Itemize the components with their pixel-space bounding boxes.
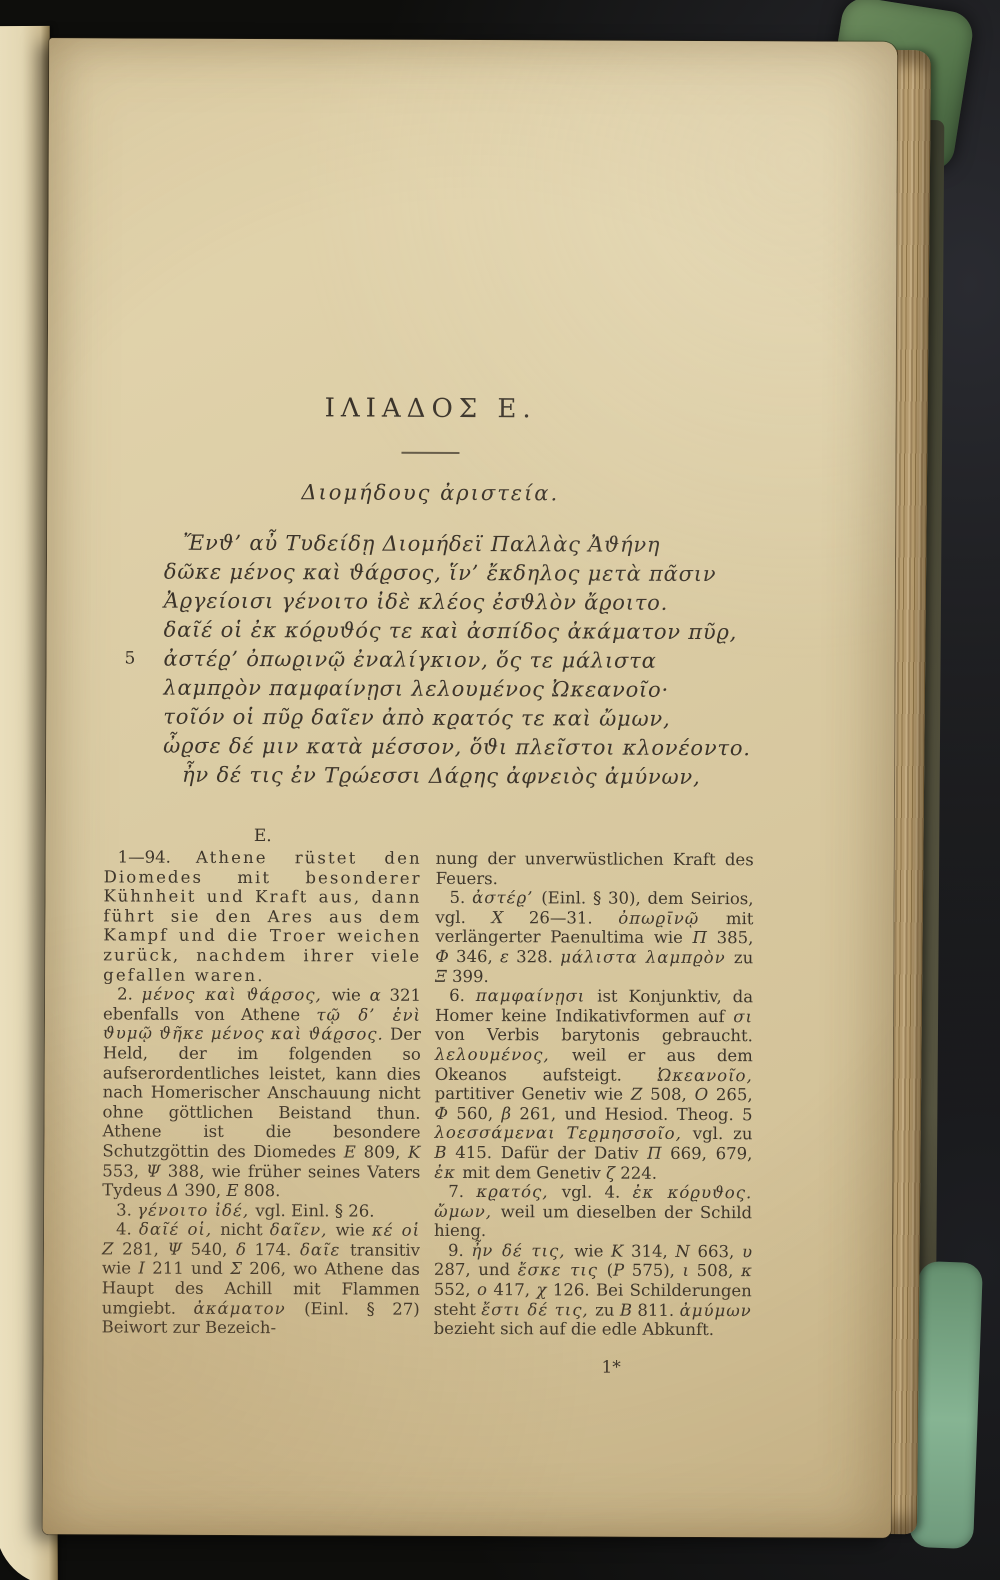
commentary-text: 811. — [632, 1300, 680, 1319]
commentary-text: 6. — [449, 986, 476, 1005]
commentary-text: Der Held, der im folgenden so aufserorde… — [102, 1025, 421, 1161]
greek-lemma: σι — [733, 1007, 753, 1026]
greek-lemma: λελουμένος, — [435, 1045, 572, 1065]
verse-line-number: 5 — [124, 644, 135, 673]
commentary-text: 508, — [689, 1261, 741, 1280]
commentary-text: 663, — [690, 1242, 742, 1261]
greek-lemma: μάλιστα λαμπϱὸν — [560, 947, 734, 967]
commentary-text: vgl. Einl. § 26. — [255, 1201, 374, 1221]
book-reference: Φ — [435, 1104, 449, 1123]
commentary-paragraph: 1—94. Athene rüstet den Diomedes mit bes… — [103, 847, 422, 986]
commentary-text: 399. — [447, 966, 489, 985]
verse-line: ὦϱσε δέ μιν κατὰ μέσσον, ὅϑι πλεῖστοι κλ… — [163, 732, 754, 764]
greek-lemma: παμφαίνῃσι — [476, 986, 598, 1006]
book-reference: N — [675, 1242, 690, 1261]
book-photo-scene: ΙΛΙΑΔΟΣ Ε. Διομήδους ἀριστεία. Ἔνϑ’ αὖ Τ… — [0, 0, 1000, 1580]
book-reference: Δ — [167, 1181, 179, 1200]
commentary-text: 224. — [615, 1163, 657, 1182]
commentary-paragraph: nung der unverwüstlichen Kraft des Feuer… — [436, 849, 754, 890]
commentary-paragraph: 2. μένος καὶ ϑάϱσος, wie α 321 ebenfalls… — [102, 985, 421, 1202]
commentary-text: von Verbis barytonis gebraucht. — [435, 1025, 753, 1045]
commentary-text: wie — [336, 1221, 372, 1240]
commentary-paragraph: 4. δαῖέ οἱ, nicht δαῖεν, wie κέ οἱ Z 281… — [102, 1220, 421, 1339]
greek-lemma: ἐκ — [434, 1162, 462, 1181]
commentary-text: 669, 679, — [661, 1144, 752, 1163]
commentary-text: 553, — [102, 1161, 146, 1180]
commentary-text: 314, — [623, 1242, 675, 1261]
commentary-text: 281, — [113, 1239, 167, 1258]
commentary-text: 808. — [238, 1181, 280, 1200]
commentary-text: 1—94. — [118, 847, 196, 866]
greek-lemma: ἔστι δέ τις, — [481, 1300, 595, 1319]
page-content: ΙΛΙΑΔΟΣ Ε. Διομήδους ἀριστεία. Ἔνϑ’ αὖ Τ… — [101, 38, 757, 1378]
book-reference: ο — [477, 1280, 487, 1299]
book-reference: B — [434, 1143, 446, 1162]
commentary-text: 261, und Hesiod. Theog. 5 — [511, 1104, 753, 1124]
book-reference: O — [695, 1085, 709, 1104]
verse-line: δῶκε μένος καὶ ϑάϱσος, ἵν’ ἔκδηλος μετὰ … — [164, 558, 755, 590]
book-reference: K — [408, 1143, 420, 1162]
commentary-text: zu — [734, 948, 753, 967]
title-divider — [401, 452, 459, 454]
greek-lemma: κέ οἱ — [372, 1221, 420, 1240]
book-reference: Σ — [230, 1259, 242, 1278]
greek-lemma: ἦν δέ τις, — [471, 1241, 574, 1260]
book-reference: X — [491, 908, 503, 927]
commentary-paragraph: 9. ἦν δέ τις, wie K 314, N 663, υ 287, u… — [434, 1241, 752, 1340]
book-reference: ε — [500, 947, 509, 966]
verse-line: δαῖέ οἱ ἐκ κόϱυϑός τε καὶ ἀσπίδος ἀκάματ… — [164, 616, 755, 648]
greek-lemma: ἀκάματον — [194, 1298, 305, 1317]
book-reference: β — [501, 1104, 511, 1123]
commentary-column-right: nung der unverwüstlichen Kraft des Feuer… — [434, 849, 754, 1340]
commentary-paragraph: 5. ἀστέϱ’ (Einl. § 30), dem Seirios, vgl… — [435, 888, 753, 987]
commentary-text: 265, — [708, 1085, 753, 1104]
commentary-text: 26—31. — [503, 908, 618, 928]
commentary-text: 2. — [117, 985, 142, 1004]
book-reference: Ψ — [146, 1161, 161, 1180]
commentary-text: 415. Dafür der Dativ — [447, 1143, 648, 1163]
commentary-text: 287, und — [434, 1260, 518, 1279]
verse-line: Ἔνϑ’ αὖ Τυδείδῃ Διομήδεϊ Παλλὰς Ἀϑήνη — [164, 529, 755, 561]
greek-lemma: γένοιτο ἰδέ, — [137, 1200, 255, 1220]
verse-block: Ἔνϑ’ αὖ Τυδείδῃ Διομήδεϊ Παλλὰς Ἀϑήνηδῶκ… — [104, 528, 755, 792]
book-reference: Π — [693, 928, 707, 947]
page-title: ΙΛΙΑΔΟΣ Ε. — [106, 392, 756, 425]
commentary-text: 7. — [448, 1182, 476, 1201]
commentary-text: 385, — [707, 928, 753, 947]
greek-lemma: δαῖέ οἱ, — [139, 1220, 220, 1239]
commentary-text: 328. — [509, 947, 560, 966]
greek-lemma: δαῖε — [300, 1240, 350, 1259]
commentary-text: 575), — [624, 1261, 683, 1280]
book-reference: E — [344, 1142, 356, 1161]
commentary-text: vgl. 4. — [562, 1182, 633, 1201]
book-reference: P — [613, 1261, 624, 1280]
book-reference: υ — [742, 1242, 752, 1261]
chapter-subtitle: Διομήδους ἀριστεία. — [105, 478, 755, 507]
book-reference: Π — [647, 1144, 661, 1163]
commentary-text: wie — [332, 986, 370, 1005]
commentary-text: 560, — [448, 1104, 502, 1123]
book-reference: ζ — [606, 1163, 615, 1182]
commentary-paragraph: 3. γένοιτο ἰδέ, vgl. Einl. § 26. — [102, 1200, 420, 1221]
commentary-text: 552, — [434, 1280, 477, 1299]
book-reference: E — [226, 1181, 238, 1200]
book-reference: B — [620, 1300, 632, 1319]
greek-lemma: δαῖεν, — [270, 1220, 336, 1239]
book-page: ΙΛΙΑΔΟΣ Ε. Διομήδους ἀριστεία. Ἔνϑ’ αὖ Τ… — [43, 38, 898, 1538]
commentary-paragraph: 6. παμφαίνῃσι ist Konjunktiv, da Homer k… — [434, 986, 753, 1183]
greek-lemma: ἀστέϱ’ — [472, 888, 541, 907]
commentary-text: nicht — [220, 1220, 270, 1239]
book-reference: α — [370, 986, 381, 1005]
commentary-heading: E. — [104, 825, 422, 846]
commentary-text: 346, — [449, 947, 500, 966]
commentary-text: 508, — [642, 1085, 694, 1104]
commentary-text: 4. — [116, 1220, 139, 1239]
book-reference: κ — [741, 1262, 752, 1281]
verse-line: Ἀϱγείοισι γένοιτο ἰδὲ κλέος ἐσϑλὸν ἄϱοιτ… — [164, 587, 755, 619]
commentary-text: nung der unverwüstlichen Kraft des Feuer… — [436, 849, 754, 888]
commentary-paragraph: 7. κϱατός, vgl. 4. ἐκ κόϱυϑος. ὤμων, wei… — [434, 1182, 752, 1242]
greek-lemma: Ὠκεανοῖο, — [658, 1065, 753, 1084]
commentary-section: E. 1—94. Athene rüstet den Diomedes mit … — [102, 825, 754, 1340]
commentary-text: mit dem Genetiv — [462, 1162, 606, 1182]
verse-line: τοῖόν οἱ πῦϱ δαῖεν ἀπὸ κϱατός τε καὶ ὤμω… — [163, 703, 754, 735]
commentary-text: zu — [595, 1300, 620, 1319]
commentary-text: wie — [574, 1241, 611, 1260]
commentary-text: 211 und — [145, 1259, 230, 1278]
greek-lemma: ὀπωϱῑνῷ — [618, 908, 726, 927]
book-cover-corner-bottom-right — [909, 1261, 983, 1549]
commentary-text: partitiver Genetiv wie — [435, 1084, 631, 1104]
commentary-text: 417, — [487, 1280, 537, 1299]
verse-line: ἦν δέ τις ἐν Τϱώεσσι Δάϱης ἀφνειὸς ἀμύνω… — [163, 761, 754, 793]
greek-lemma: λοεσσάμεναι Τεϱμησσοῖο, — [434, 1123, 692, 1143]
book-reference: Φ — [435, 947, 449, 966]
signature-mark: 1* — [101, 1355, 751, 1378]
book-reference: χ — [536, 1280, 546, 1299]
commentary-text: 540, — [182, 1240, 236, 1259]
greek-lemma: μένος καὶ ϑάϱσος, — [142, 985, 332, 1005]
greek-lemma: κϱατός, — [476, 1182, 562, 1201]
commentary-text: 3. — [116, 1200, 137, 1219]
verse-line: 5ἀστέϱ’ ὀπωϱινῷ ἐναλίγκιον, ὅς τε μάλιστ… — [163, 645, 754, 677]
commentary-text: 390, — [179, 1181, 226, 1200]
commentary-text: bezieht sich auf die edle Abkunft. — [434, 1319, 715, 1339]
commentary-column-left: 1—94. Athene rüstet den Diomedes mit bes… — [102, 847, 422, 1338]
verse-line: λαμπϱὸν παμφαίνῃσι λελουμένος Ὠκεανοῖο· — [163, 674, 754, 706]
greek-lemma: ἀμύμων — [680, 1301, 752, 1320]
book-reference: Ψ — [167, 1240, 182, 1259]
commentary-text: 5. — [449, 888, 472, 907]
book-reference: Z — [102, 1239, 114, 1258]
book-reference: δ — [236, 1240, 246, 1259]
book-reference: Z — [631, 1085, 643, 1104]
commentary-text: 9. — [448, 1241, 472, 1260]
greek-lemma: ἔσκε τις — [518, 1261, 607, 1280]
commentary-text: 809, — [356, 1142, 408, 1161]
commentary-text: Athene rüstet den Diomedes mit besondere… — [103, 848, 422, 985]
commentary-columns: 1—94. Athene rüstet den Diomedes mit bes… — [102, 847, 754, 1340]
book-reference: Ξ — [435, 966, 447, 985]
commentary-text: vgl. zu — [693, 1124, 753, 1143]
commentary-text: 174. — [246, 1240, 300, 1259]
book-reference: K — [611, 1241, 623, 1260]
